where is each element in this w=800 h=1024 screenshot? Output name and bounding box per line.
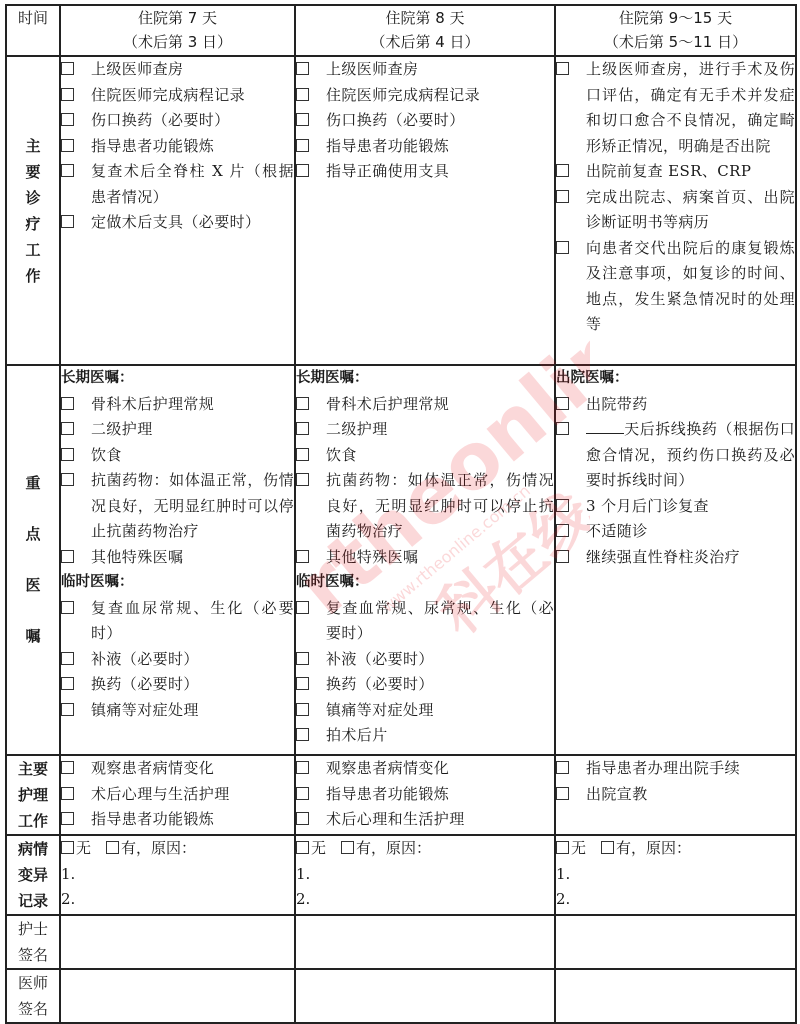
checkbox-icon[interactable]	[61, 545, 91, 571]
nurse-signature-row: 护士 签名	[6, 915, 796, 969]
checkbox-icon[interactable]	[296, 443, 326, 469]
diagnosis-day7: 上级医师查房 住院医师完成病程记录 伤口换药（必要时） 指导患者功能锻炼 复查术…	[60, 56, 295, 365]
orders-label: 重 点 医 嘱	[6, 365, 60, 755]
checklist-item[interactable]: 天后拆线换药（根据伤口愈合情况，预约伤口换药及必要时拆线时间）	[556, 417, 795, 494]
checklist-item[interactable]: 复查术后全脊柱 X 片（根据患者情况）	[61, 159, 294, 210]
checkbox-icon[interactable]	[556, 756, 586, 782]
doctor-signature-day7[interactable]	[60, 969, 295, 1023]
header-row: 时间 住院第 7 天 （术后第 3 日） 住院第 8 天 （术后第 4 日） 住…	[6, 5, 796, 56]
checklist-item[interactable]: 住院医师完成病程记录	[61, 83, 294, 109]
checkbox-icon[interactable]	[296, 672, 326, 698]
checkbox-icon[interactable]	[296, 392, 326, 418]
checklist-item[interactable]: 复查血常规、尿常规、生化（必要时）	[296, 596, 554, 647]
time-header: 时间	[6, 5, 60, 56]
doctor-signature-row: 医师 签名	[6, 969, 796, 1023]
checkbox-icon[interactable]	[61, 392, 91, 418]
checkbox-icon[interactable]	[296, 57, 326, 83]
checkbox-icon[interactable]	[61, 756, 91, 782]
checklist-item[interactable]: 镇痛等对症处理	[61, 698, 294, 724]
checkbox-icon[interactable]	[556, 545, 586, 571]
checklist-item[interactable]: 3 个月后门诊复查	[556, 494, 795, 520]
has-variance-checkbox[interactable]	[601, 841, 614, 854]
checklist-item[interactable]: 骨科术后护理常规	[61, 392, 294, 418]
nursing-day7: 观察患者病情变化 术后心理与生活护理 指导患者功能锻炼	[60, 755, 295, 835]
checklist-item[interactable]: 补液（必要时）	[296, 647, 554, 673]
nurse-signature-label: 护士 签名	[6, 915, 60, 969]
checklist-item[interactable]: 二级护理	[61, 417, 294, 443]
variance-line-1[interactable]: 1.	[61, 862, 294, 888]
variance-day7: 无 有，原因： 1. 2.	[60, 835, 295, 915]
clinical-pathway-table: 时间 住院第 7 天 （术后第 3 日） 住院第 8 天 （术后第 4 日） 住…	[5, 4, 797, 1024]
temporary-orders-title: 临时医嘱：	[296, 570, 554, 596]
checklist-item[interactable]: 观察患者病情变化	[61, 756, 294, 782]
checkbox-icon[interactable]	[556, 782, 586, 808]
nursing-row: 主要 护理 工作 观察患者病情变化 术后心理与生活护理 指导患者功能锻炼 观察患…	[6, 755, 796, 835]
checklist-item[interactable]: 骨科术后护理常规	[296, 392, 554, 418]
checklist-item[interactable]: 补液（必要时）	[61, 647, 294, 673]
checkbox-icon[interactable]	[296, 134, 326, 160]
variance-line-1[interactable]: 1.	[296, 862, 554, 888]
checkbox-icon[interactable]	[556, 392, 586, 418]
orders-row: 重 点 医 嘱 长期医嘱： 骨科术后护理常规 二级护理 饮食 抗菌药物：如体温正…	[6, 365, 796, 755]
checklist-item[interactable]: 指导患者功能锻炼	[296, 134, 554, 160]
checklist-item[interactable]: 术后心理与生活护理	[61, 782, 294, 808]
orders-day7: 长期医嘱： 骨科术后护理常规 二级护理 饮食 抗菌药物：如体温正常，伤情况良好，…	[60, 365, 295, 755]
doctor-signature-day8[interactable]	[295, 969, 555, 1023]
days-blank-field[interactable]	[586, 419, 624, 434]
checkbox-icon[interactable]	[61, 443, 91, 469]
variance-day9-15: 无 有，原因： 1. 2.	[555, 835, 796, 915]
checkbox-icon[interactable]	[61, 417, 91, 443]
checkbox-icon[interactable]	[61, 210, 91, 236]
nursing-label: 主要 护理 工作	[6, 755, 60, 835]
checklist-item[interactable]: 抗菌药物：如体温正常，伤情况良好，无明显红肿时可以停止抗菌药物治疗	[296, 468, 554, 545]
checkbox-icon[interactable]	[61, 468, 91, 545]
checklist-item[interactable]: 上级医师查房	[296, 57, 554, 83]
diagnosis-label: 主 要 诊 疗 工 作	[6, 56, 60, 365]
checklist-item[interactable]: 继续强直性脊柱炎治疗	[556, 545, 795, 571]
doctor-signature-label: 医师 签名	[6, 969, 60, 1023]
variance-day8: 无 有，原因： 1. 2.	[295, 835, 555, 915]
checklist-item[interactable]: 伤口换药（必要时）	[296, 108, 554, 134]
diagnosis-day8: 上级医师查房 住院医师完成病程记录 伤口换药（必要时） 指导患者功能锻炼 指导正…	[295, 56, 555, 365]
day8-header: 住院第 8 天 （术后第 4 日）	[295, 5, 555, 56]
checkbox-icon[interactable]	[556, 519, 586, 545]
checklist-item[interactable]: 定做术后支具（必要时）	[61, 210, 294, 236]
checklist-item[interactable]: 指导患者办理出院手续	[556, 756, 795, 782]
long-term-orders-title: 长期医嘱：	[61, 366, 294, 392]
no-variance-checkbox[interactable]	[61, 841, 74, 854]
has-variance-checkbox[interactable]	[106, 841, 119, 854]
doctor-signature-day9-15[interactable]	[555, 969, 796, 1023]
checkbox-icon[interactable]	[296, 698, 326, 724]
checklist-item[interactable]: 上级医师查房	[61, 57, 294, 83]
checklist-item[interactable]: 二级护理	[296, 417, 554, 443]
checklist-item[interactable]: 完成出院志、病案首页、出院诊断证明书等病历	[556, 185, 795, 236]
checklist-item[interactable]: 换药（必要时）	[296, 672, 554, 698]
checkbox-icon[interactable]	[61, 108, 91, 134]
checklist-item[interactable]: 复查血尿常规、生化（必要时）	[61, 596, 294, 647]
checkbox-icon[interactable]	[296, 417, 326, 443]
discharge-orders-title: 出院医嘱：	[556, 366, 795, 392]
checkbox-icon[interactable]	[556, 57, 586, 159]
checkbox-icon[interactable]	[296, 596, 326, 647]
checkbox-icon[interactable]	[61, 807, 91, 833]
orders-day9-15: 出院医嘱： 出院带药 天后拆线换药（根据伤口愈合情况，预约伤口换药及必要时拆线时…	[555, 365, 796, 755]
temporary-orders-title: 临时医嘱：	[61, 570, 294, 596]
variance-options: 无 有，原因：	[556, 836, 795, 862]
no-variance-checkbox[interactable]	[556, 841, 569, 854]
checkbox-icon[interactable]	[61, 647, 91, 673]
checklist-item[interactable]: 换药（必要时）	[61, 672, 294, 698]
variance-options: 无 有，原因：	[61, 836, 294, 862]
checklist-item[interactable]: 向患者交代出院后的康复锻炼及注意事项，如复诊的时间、地点，发生紧急情况时的处理等	[556, 236, 795, 338]
checkbox-icon[interactable]	[296, 756, 326, 782]
checkbox-icon[interactable]	[61, 159, 91, 210]
nurse-signature-day9-15[interactable]	[555, 915, 796, 969]
nursing-day9-15: 指导患者办理出院手续 出院宣教	[555, 755, 796, 835]
nursing-day8: 观察患者病情变化 指导患者功能锻炼 术后心理和生活护理	[295, 755, 555, 835]
checklist-item[interactable]: 观察患者病情变化	[296, 756, 554, 782]
checklist-item[interactable]: 指导正确使用支具	[296, 159, 554, 185]
checkbox-icon[interactable]	[61, 672, 91, 698]
checklist-item[interactable]: 上级医师查房，进行手术及伤口评估，确定有无手术并发症和切口愈合不良情况，确定畸形…	[556, 57, 795, 159]
checkbox-icon[interactable]	[61, 83, 91, 109]
checklist-item[interactable]: 出院前复查 ESR、CRP	[556, 159, 795, 185]
checklist-item[interactable]: 指导患者功能锻炼	[61, 807, 294, 833]
checkbox-icon[interactable]	[61, 782, 91, 808]
checkbox-icon[interactable]	[296, 545, 326, 571]
variance-line-2[interactable]: 2.	[61, 887, 294, 913]
nurse-signature-day7[interactable]	[60, 915, 295, 969]
checklist-item[interactable]: 出院宣教	[556, 782, 795, 808]
checkbox-icon[interactable]	[296, 468, 326, 545]
checkbox-icon[interactable]	[61, 57, 91, 83]
checklist-item[interactable]: 术后心理和生活护理	[296, 807, 554, 833]
variance-line-1[interactable]: 1.	[556, 862, 795, 888]
checkbox-icon[interactable]	[61, 134, 91, 160]
checkbox-icon[interactable]	[296, 723, 326, 749]
variance-options: 无 有，原因：	[296, 836, 554, 862]
diagnosis-row: 主 要 诊 疗 工 作 上级医师查房 住院医师完成病程记录 伤口换药（必要时） …	[6, 56, 796, 365]
variance-line-2[interactable]: 2.	[296, 887, 554, 913]
checkbox-icon[interactable]	[61, 698, 91, 724]
diagnosis-day9-15: 上级医师查房，进行手术及伤口评估，确定有无手术并发症和切口愈合不良情况，确定畸形…	[555, 56, 796, 365]
checklist-item[interactable]: 拍术后片	[296, 723, 554, 749]
variance-row: 病情 变异 记录 无 有，原因： 1. 2. 无 有，原因： 1. 2. 无 有…	[6, 835, 796, 915]
checklist-item[interactable]: 住院医师完成病程记录	[296, 83, 554, 109]
checklist-item[interactable]: 指导患者功能锻炼	[296, 782, 554, 808]
checkbox-icon[interactable]	[61, 596, 91, 647]
checklist-item[interactable]: 饮食	[296, 443, 554, 469]
has-variance-checkbox[interactable]	[341, 841, 354, 854]
variance-label: 病情 变异 记录	[6, 835, 60, 915]
day7-header: 住院第 7 天 （术后第 3 日）	[60, 5, 295, 56]
variance-line-2[interactable]: 2.	[556, 887, 795, 913]
checkbox-icon[interactable]	[556, 185, 586, 236]
checkbox-icon[interactable]	[296, 807, 326, 833]
checkbox-icon[interactable]	[296, 159, 326, 185]
checkbox-icon[interactable]	[296, 83, 326, 109]
day9-15-header: 住院第 9～15 天 （术后第 5～11 日）	[555, 5, 796, 56]
orders-day8: 长期医嘱： 骨科术后护理常规 二级护理 饮食 抗菌药物：如体温正常，伤情况良好，…	[295, 365, 555, 755]
checklist-item[interactable]: 出院带药	[556, 392, 795, 418]
checklist-item[interactable]: 指导患者功能锻炼	[61, 134, 294, 160]
checkbox-icon[interactable]	[296, 647, 326, 673]
checklist-item[interactable]: 其他特殊医嘱	[61, 545, 294, 571]
checklist-item[interactable]: 不适随诊	[556, 519, 795, 545]
checklist-item[interactable]: 伤口换药（必要时）	[61, 108, 294, 134]
nurse-signature-day8[interactable]	[295, 915, 555, 969]
checklist-item[interactable]: 抗菌药物：如体温正常，伤情况良好，无明显红肿时可以停止抗菌药物治疗	[61, 468, 294, 545]
checklist-item[interactable]: 其他特殊医嘱	[296, 545, 554, 571]
no-variance-checkbox[interactable]	[296, 841, 309, 854]
checkbox-icon[interactable]	[296, 782, 326, 808]
long-term-orders-title: 长期医嘱：	[296, 366, 554, 392]
checkbox-icon[interactable]	[556, 417, 586, 494]
checklist-item[interactable]: 饮食	[61, 443, 294, 469]
checklist-item[interactable]: 镇痛等对症处理	[296, 698, 554, 724]
checkbox-icon[interactable]	[296, 108, 326, 134]
checkbox-icon[interactable]	[556, 494, 586, 520]
checkbox-icon[interactable]	[556, 159, 586, 185]
checkbox-icon[interactable]	[556, 236, 586, 338]
